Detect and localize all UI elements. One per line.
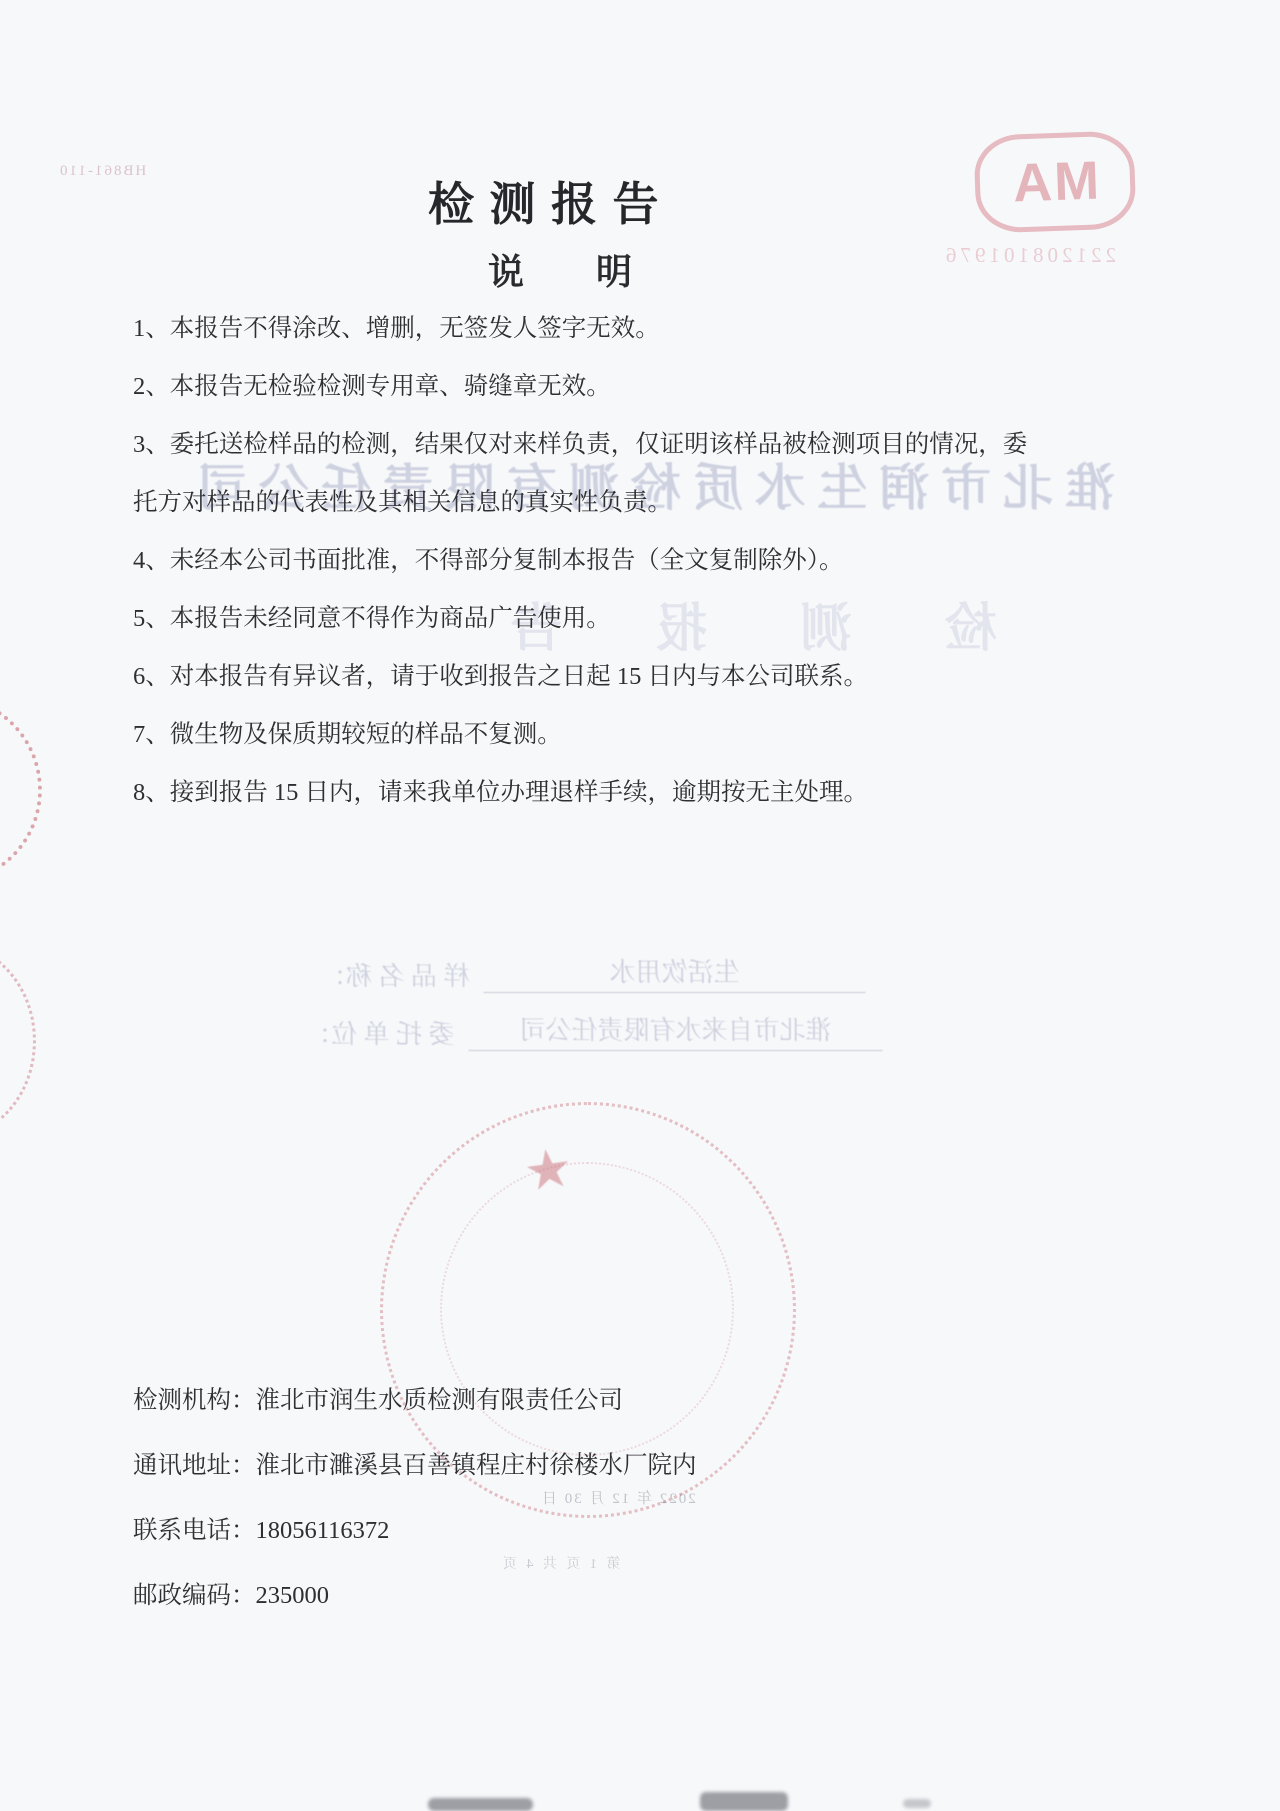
cma-ma-stamp-icon: MA — [973, 130, 1136, 234]
seal-star-icon: ★ — [520, 1135, 577, 1204]
note-item-2: 2、本报告无检验检测专用章、骑缝章无效。 — [133, 358, 1048, 416]
bleed-client-label: 委 托 单 位： — [305, 1014, 455, 1051]
page-title: 检 测 报 告 — [428, 168, 661, 234]
bleed-sample-name-label: 样 品 名 称： — [320, 956, 470, 993]
contact-postcode-line: 邮政编码：235000 — [133, 1563, 933, 1628]
scan-smudge — [700, 1792, 788, 1811]
bleed-sample-name-value: 生活饮用水 — [484, 952, 866, 993]
bleed-form-row-sample-name: 生活饮用水 样 品 名 称： — [320, 952, 866, 993]
contact-phone-line: 联系电话：18056116372 — [133, 1498, 933, 1563]
scan-smudge — [903, 1799, 931, 1808]
page-subtitle: 说 明 — [488, 244, 632, 295]
contact-address-line: 通讯地址：淮北市濉溪县百善镇程庄村徐楼水厂院内 — [133, 1433, 933, 1498]
note-item-3: 3、委托送检样品的检测，结果仅对来样负责，仅证明该样品被检测项目的情况，委托方对… — [133, 416, 1048, 532]
scan-smudge — [428, 1798, 533, 1811]
bleed-form-row-client: 淮北市自来水有限责任公司 委 托 单 位： — [305, 1010, 883, 1051]
left-edge-seal-lower-icon — [0, 942, 36, 1140]
note-item-5: 5、本报告未经同意不得作为商品广告使用。 — [133, 590, 1048, 648]
notes-list: 1、本报告不得涂改、增删，无签发人签字无效。 2、本报告无检验检测专用章、骑缝章… — [133, 300, 1048, 822]
left-edge-seal-icon — [0, 695, 42, 885]
contact-agency-line: 检测机构：淮北市润生水质检测有限责任公司 — [133, 1368, 933, 1433]
scanned-report-page: HB861-110 MA 221208101976 检 测 报 告 说 明 淮北… — [0, 0, 1280, 1811]
note-item-8: 8、接到报告 15 日内，请来我单位办理退样手续，逾期按无主处理。 — [133, 764, 1048, 822]
cma-certificate-number: 221208101976 — [942, 243, 1116, 268]
note-item-7: 7、微生物及保质期较短的样品不复测。 — [133, 706, 1048, 764]
note-item-1: 1、本报告不得涂改、增删，无签发人签字无效。 — [133, 300, 1048, 358]
contact-block: 检测机构：淮北市润生水质检测有限责任公司 通讯地址：淮北市濉溪县百善镇程庄村徐楼… — [133, 1368, 933, 1628]
note-item-4: 4、未经本公司书面批准，不得部分复制本报告（全文复制除外）。 — [133, 532, 1048, 590]
cma-ma-stamp-letters: MA — [1010, 149, 1100, 214]
bleed-corner-code: HB861-110 — [58, 163, 146, 180]
bleed-client-value: 淮北市自来水有限责任公司 — [469, 1010, 883, 1051]
note-item-6: 6、对本报告有异议者，请于收到报告之日起 15 日内与本公司联系。 — [133, 648, 1048, 706]
